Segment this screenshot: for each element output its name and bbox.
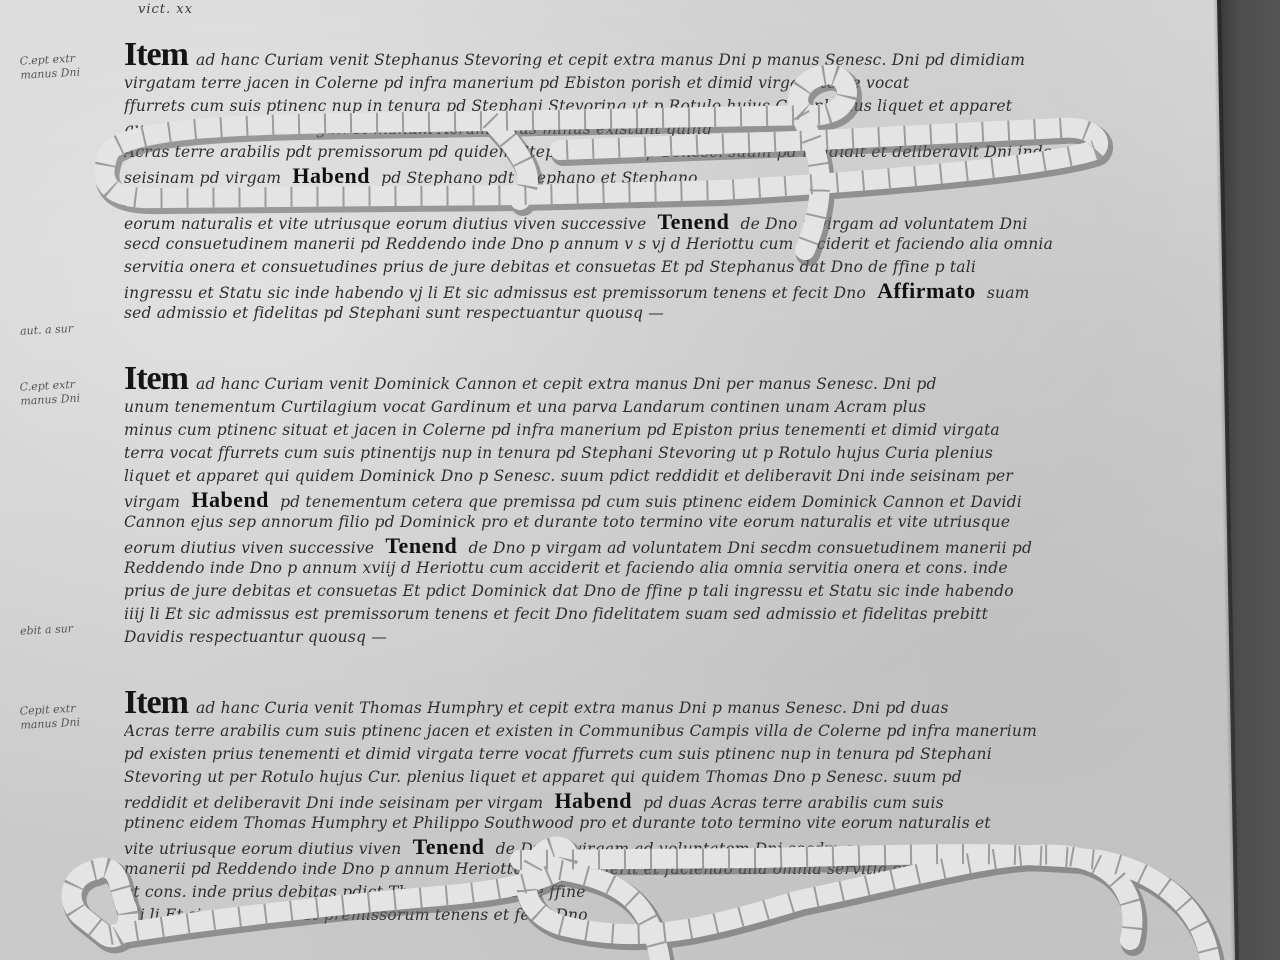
manuscript-line: iiij li Et sic admissus est premissorum … [124, 904, 1209, 927]
display-word: Tenend [379, 534, 463, 557]
manuscript-line: Itemad hanc Curia venit Thomas Humphry e… [124, 676, 1209, 720]
manuscript-line: secd consuetudinem manerii pd Reddendo i… [124, 233, 1209, 256]
line-text: pd tenementum cetera que premissa pd cum… [280, 493, 1022, 511]
manuscript-line: minus cum ptinenc situat et jacen in Col… [124, 419, 1209, 442]
line-text: Davidis respectuantur quousq — [124, 628, 387, 646]
manuscript-line: manerii pd Reddendo inde Dno p annum Her… [124, 858, 1209, 881]
display-word: Tenend [652, 210, 736, 233]
display-word: Tenend [407, 835, 491, 858]
display-word: Habend [286, 164, 376, 187]
manuscript-line: filio ejus pro et durante toto termino v… [124, 187, 1209, 210]
manuscript-line: terra vocat ffurrets cum suis ptinentijs… [124, 442, 1209, 465]
margin-note: C.ept extrmanus Dni [19, 49, 125, 82]
manuscript-line: sed admissio et fidelitas pd Stephani su… [124, 302, 1209, 325]
line-text: Acras terre arabilis pdt premissorum pd … [124, 143, 1052, 161]
manuscript-line: virgam Habend pd tenementum cetera que p… [124, 488, 1209, 511]
line-text: vite utriusque eorum diutius viven [124, 840, 401, 858]
line-text: ptinenc eidem Thomas Humphry et Philippo… [124, 814, 991, 832]
line-text: ad hanc Curia venit Thomas Humphry et ce… [196, 699, 949, 717]
line-text: de Dno p virgam ad voluntatem Dni [741, 215, 1028, 233]
line-text: Stevoring ut per Rotulo hujus Cur. pleni… [124, 768, 962, 786]
line-text: pd Stephano pdt Stephano et Stephano [381, 169, 698, 187]
margin-note: Cepit extrmanus Dni [19, 699, 125, 732]
line-text: quam quidem dimid. virgat. et manum Acra… [124, 120, 712, 138]
manuscript-line: Itemad hanc Curiam venit Stephanus Stevo… [124, 28, 1209, 72]
manuscript-line: ingressu et Statu sic inde habendo vj li… [124, 279, 1209, 302]
manuscript-line: Stevoring ut per Rotulo hujus Cur. pleni… [124, 766, 1209, 789]
manuscript-line: et cons. inde prius debitas pdict Thomas… [124, 881, 1209, 904]
line-text: terra vocat ffurrets cum suis ptinentijs… [124, 444, 993, 462]
line-text: unum tenementum Curtilagium vocat Gardin… [124, 398, 926, 416]
manuscript-line: virgatam terre jacen in Colerne pd infra… [124, 72, 1209, 95]
line-text: suam [987, 284, 1030, 302]
manuscript-line: prius de jure debitas et consuetas Et pd… [124, 580, 1209, 603]
line-text: et cons. inde prius debitas pdict Thomas… [124, 883, 586, 901]
line-text: ffurrets cum suis ptinenc nup in tenura … [124, 97, 1012, 115]
item-heading-word: Item [124, 36, 188, 72]
line-text: Cannon ejus sep annorum filio pd Dominic… [124, 513, 1010, 531]
line-text: de Dno p virgam ad voluntatem Dni secdm … [468, 539, 1032, 557]
manuscript-line: reddidit et deliberavit Dni inde seisina… [124, 789, 1209, 812]
manuscript-line: liquet et apparet qui quidem Dominick Dn… [124, 465, 1209, 488]
line-text: minus cum ptinenc situat et jacen in Col… [124, 421, 1000, 439]
line-text: ingressu et Statu sic inde habendo vj li… [124, 284, 866, 302]
item-entry: Itemad hanc Curia venit Thomas Humphry e… [124, 676, 1209, 927]
manuscript-line: pd existen prius tenementi et dimid virg… [124, 743, 1209, 766]
manuscript-line: Acras terre arabilis pdt premissorum pd … [124, 141, 1209, 164]
manuscript-line: Reddendo inde Dno p annum xviij d Heriot… [124, 557, 1209, 580]
line-text: reddidit et deliberavit Dni inde seisina… [124, 794, 543, 812]
item-heading-word: Item [124, 684, 188, 720]
line-text: liquet et apparet qui quidem Dominick Dn… [124, 467, 1013, 485]
line-text: iiij li Et sic admissus est premissorum … [124, 605, 988, 623]
manuscript-line: Cannon ejus sep annorum filio pd Dominic… [124, 511, 1209, 534]
margin-note: C.ept extrmanus Dni [19, 375, 125, 408]
line-text: eorum naturalis et vite utriusque eorum … [124, 215, 646, 233]
manuscript-line: ffurrets cum suis ptinenc nup in tenura … [124, 95, 1209, 118]
line-text: prius de jure debitas et consuetas Et pd… [124, 582, 1014, 600]
line-text: ad hanc Curiam venit Stephanus Stevoring… [196, 51, 1025, 69]
line-text: de Dno p virgam ad voluntatem Dni secdm … [496, 840, 887, 858]
manuscript-line: eorum diutius viven successive Tenend de… [124, 534, 1209, 557]
line-text: virgatam terre jacen in Colerne pd infra… [124, 74, 909, 92]
page-heading-fragment: vict. xx [138, 2, 193, 17]
item-heading-word: Item [124, 360, 188, 396]
line-text: pd duas Acras terre arabilis cum suis [643, 794, 944, 812]
line-text: virgam [124, 493, 180, 511]
manuscript-line: unum tenementum Curtilagium vocat Gardin… [124, 396, 1209, 419]
display-word: Affirmato [871, 279, 982, 302]
manuscript-line: ptinenc eidem Thomas Humphry et Philippo… [124, 812, 1209, 835]
line-text: sed admissio et fidelitas pd Stephani su… [124, 304, 664, 322]
line-text: eorum diutius viven successive [124, 539, 374, 557]
display-word: Habend [548, 789, 638, 812]
manuscript-line: eorum naturalis et vite utriusque eorum … [124, 210, 1209, 233]
item-entry: Itemad hanc Curiam venit Stephanus Stevo… [124, 28, 1209, 325]
manuscript-line: Itemad hanc Curiam venit Dominick Cannon… [124, 352, 1209, 396]
manuscript-line: seisinam pd virgam Habend pd Stephano pd… [124, 164, 1209, 187]
manuscript-line: vite utriusque eorum diutius viven Tenen… [124, 835, 1209, 858]
item-entry: Itemad hanc Curiam venit Dominick Cannon… [124, 352, 1209, 649]
line-text: pd existen prius tenementi et dimid virg… [124, 745, 992, 763]
line-text: filio ejus pro et durante toto termino v… [124, 189, 455, 207]
manuscript-line: iiij li Et sic admissus est premissorum … [124, 603, 1209, 626]
line-text: Reddendo inde Dno p annum xviij d Heriot… [124, 559, 1008, 577]
line-text: servitia onera et consuetudines prius de… [124, 258, 976, 276]
manuscript-line: servitia onera et consuetudines prius de… [124, 256, 1209, 279]
manuscript-line: Davidis respectuantur quousq — [124, 626, 1209, 649]
line-text: manerii pd Reddendo inde Dno p annum Her… [124, 860, 939, 878]
line-text: Acras terre arabilis cum suis ptinenc ja… [124, 722, 1037, 740]
line-text: seisinam pd virgam [124, 169, 281, 187]
line-text: secd consuetudinem manerii pd Reddendo i… [124, 235, 1053, 253]
manuscript-line: quam quidem dimid. virgat. et manum Acra… [124, 118, 1209, 141]
line-text: ad hanc Curiam venit Dominick Cannon et … [196, 375, 937, 393]
line-text: iiij li Et sic admissus est premissorum … [124, 906, 588, 924]
display-word: Habend [185, 488, 275, 511]
manuscript-line: Acras terre arabilis cum suis ptinenc ja… [124, 720, 1209, 743]
